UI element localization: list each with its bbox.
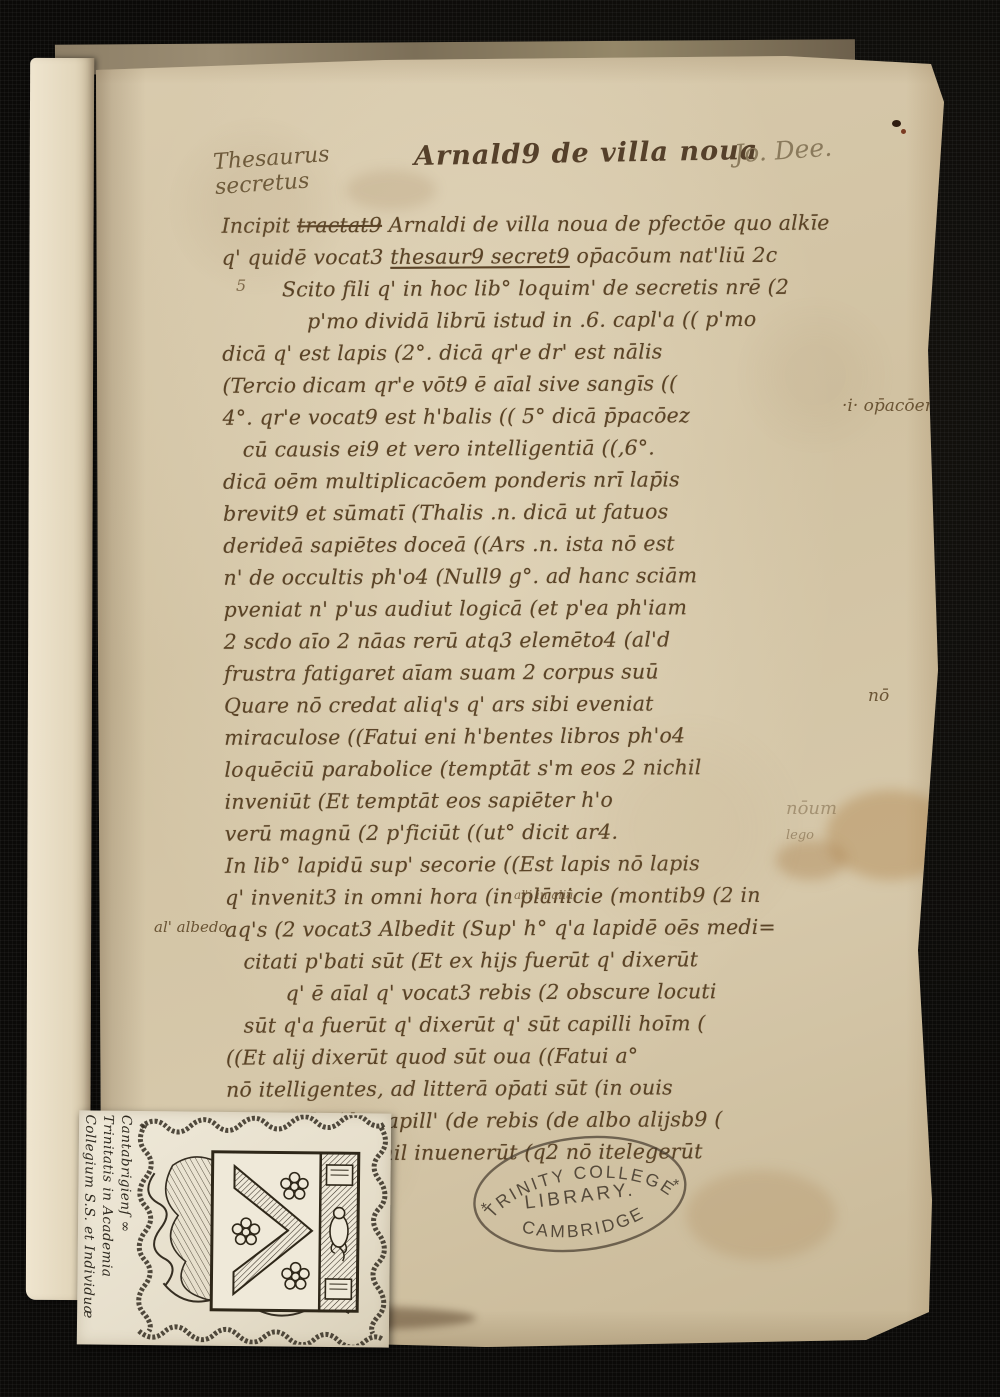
manuscript-line: citati p'bati sūt (Et ex hijs fuerūt q' … xyxy=(243,942,890,977)
manuscript-line: ((Et alij dixerūt quod sūt oua ((Fatui a… xyxy=(226,1038,891,1073)
manuscript-line: loquēciū parabolice (temptāt s'm eos 2 n… xyxy=(224,750,889,785)
spine-title-annotation: Thesaurus secretus xyxy=(212,142,332,200)
bookplate-inscription-line1: Collegium S.S. et Individuæ xyxy=(79,1114,99,1340)
manuscript-line: Scito fili q' in hoc lib° loquim' de sec… xyxy=(282,270,887,305)
bookplate-inscription-line3: Cantabrigienſ ∞ xyxy=(115,1115,135,1341)
manuscript-line: p'mo dividā librū istud in .6. capl'a ((… xyxy=(307,302,887,337)
manuscript-line: q' invenit3 in omni hora (in plānicie (m… xyxy=(225,878,890,913)
manuscript-line-incipit: Incipit tractat9 Arnaldi de villa noua d… xyxy=(221,206,886,241)
chief-book-top xyxy=(326,1165,352,1185)
manuscript-line: inveniūt (Et temptāt eos sapiēter h'o xyxy=(225,782,890,817)
stamp-star-right: * xyxy=(673,1177,681,1195)
manuscript-line: dicā oēm multiplicacōem ponderis nrī lap… xyxy=(223,462,888,497)
manuscript-line: dicā q' est lapis (2°. dicā qr'e dr' est… xyxy=(222,334,887,369)
manuscript-line: (Tercio dicam qr'e vōt9 ē aīal sive sang… xyxy=(222,366,887,401)
parchment-stain xyxy=(776,840,846,880)
line2-pre: q' quidē vocat3 xyxy=(222,245,384,270)
manuscript-line: n' de occultis ph'o4 (Null9 g°. ad hanc … xyxy=(223,558,888,593)
incipit-rest: Arnaldi de villa noua de pfectōe quo alk… xyxy=(389,211,830,237)
margin-note-albedo: al' albedo xyxy=(154,918,227,936)
manuscript-line: 4°. qr'e vocat9 est h'balis (( 5° dicā p… xyxy=(222,398,887,433)
manuscript-line: nō itelligentes, ad litterā op̄ati sūt (… xyxy=(226,1070,891,1105)
bookplate-armorial-engraving xyxy=(133,1113,389,1350)
stamp-oval-graphic: TRINITY COLLEGE LIBRARY. CAMBRIDGE * * xyxy=(455,1114,706,1276)
margin-note-faded-small: lego xyxy=(786,828,814,843)
trinity-college-bookplate: Collegium S.S. et Individuæ Trinitatis i… xyxy=(77,1110,391,1347)
red-speck xyxy=(901,129,906,134)
incipit-pre: Incipit xyxy=(222,213,291,237)
main-text-block: Incipit tractat9 Arnaldi de villa noua d… xyxy=(221,206,891,1169)
line2-underlined-title: thesaur9 secret9 xyxy=(390,244,570,269)
incipit-struck-word: tractat9 xyxy=(297,213,382,237)
manuscript-line: 2 scdo aīo 2 nāas rerū atq3 elemēto4 (al… xyxy=(224,622,889,657)
line2-rest: op̄acōum nat'liū 2c xyxy=(576,243,777,268)
manuscript-line: frustra fatigaret aīam suam 2 corpus suū xyxy=(224,654,889,689)
john-dee-ownership-mark: Jo. Dee. xyxy=(733,133,833,169)
margin-note-operacionem: ·i· op̄acōem xyxy=(842,396,941,416)
manuscript-line: q' ē aīal q' vocat3 rebis (2 obscure loc… xyxy=(286,974,891,1009)
manuscript-line: Quare nō credat aliq's q' ars sibi eveni… xyxy=(224,686,889,721)
interlinear-gloss: al'i in aliā xyxy=(514,888,573,902)
bookplate-inscription-line2: Trinitatis in Academia xyxy=(97,1115,117,1341)
manuscript-line-title: q' quidē vocat3 thesaur9 secret9 op̄acōu… xyxy=(222,238,887,273)
manuscript-line: In lib° lapidū sup' secorie ((Est lapis … xyxy=(225,846,890,881)
title-line-2: secretus xyxy=(214,167,332,200)
manuscript-line: sūt q'a fuerūt q' dixerūt q' sūt capilli… xyxy=(244,1006,891,1041)
chief-book-bottom xyxy=(325,1279,351,1299)
bookplate-inscription: Collegium S.S. et Individuæ Trinitatis i… xyxy=(79,1114,137,1341)
parchment-stain xyxy=(686,1170,836,1260)
title-line-1: Thesaurus xyxy=(212,142,330,175)
ink-speck xyxy=(892,120,901,127)
margin-note-nota: nō xyxy=(868,686,889,706)
parchment-stain xyxy=(346,170,436,210)
manuscript-line: cū causis ei9 et vero intelligentiā ((,6… xyxy=(243,430,888,465)
manuscript-line: pveniat n' p'us audiut logicā (et p'ea p… xyxy=(224,590,889,625)
library-stamp: TRINITY COLLEGE LIBRARY. CAMBRIDGE * * xyxy=(455,1114,706,1276)
manuscript-line: verū magnū (2 p'ficiūt ((ut° dicit ar4. xyxy=(225,814,890,849)
coat-of-arms xyxy=(211,1152,359,1312)
margin-note-faded: nōum xyxy=(786,798,837,819)
manuscript-line: derideā sapiētes doceā ((Ars .n. ista nō… xyxy=(223,526,888,561)
margin-mark-five: 5 xyxy=(236,276,246,295)
manuscript-line: aq's (2 vocat3 Albedit (Sup' h° q'a lapi… xyxy=(225,910,890,945)
manuscript-line: brevit9 et sūmatī (Thalis .n. dicā ut fa… xyxy=(223,494,888,529)
manuscript-line: miraculose ((Fatui eni h'bentes libros p… xyxy=(224,718,889,753)
page-heading-author: Arnald9 de villa noua xyxy=(414,135,759,172)
